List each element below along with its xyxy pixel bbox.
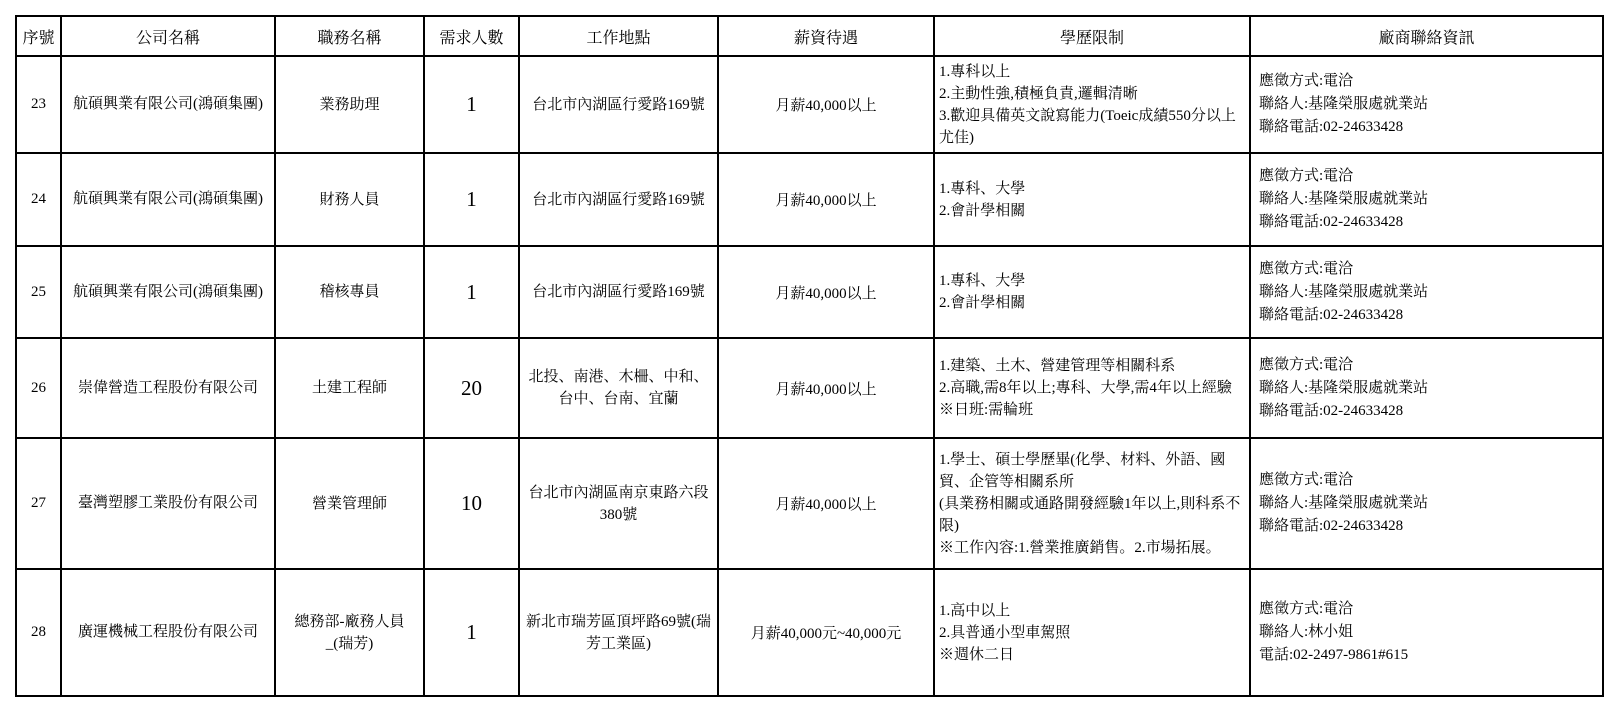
cell-job-title: 土建工程師 — [275, 338, 424, 438]
table-row: 25 航碩興業有限公司(鴻碩集團) 稽核專員 1 台北市內湖區行愛路169號 月… — [16, 246, 1603, 338]
text-line: 1.專科以上 — [939, 61, 1246, 83]
cell-company: 崇偉營造工程股份有限公司 — [61, 338, 275, 438]
text-line: 聯絡人:林小姐 — [1259, 621, 1598, 644]
cell-serial: 27 — [16, 438, 61, 569]
text-line: 1.學士、碩士學歷畢(化學、材料、外語、國貿、企管等相關系所 — [939, 449, 1246, 493]
table-row: 26 崇偉營造工程股份有限公司 土建工程師 20 北投、南港、木柵、中和、台中、… — [16, 338, 1603, 438]
text-line: 聯絡人:基隆榮服處就業站 — [1259, 93, 1598, 116]
cell-job-title: 營業管理師 — [275, 438, 424, 569]
cell-job-title: 業務助理 — [275, 56, 424, 153]
text-line: 1.高中以上 — [939, 600, 1246, 622]
table-row: 23 航碩興業有限公司(鴻碩集團) 業務助理 1 台北市內湖區行愛路169號 月… — [16, 56, 1603, 153]
column-header-location: 工作地點 — [519, 16, 718, 56]
text-line: 應徵方式:電洽 — [1259, 165, 1598, 188]
cell-education: 1.專科、大學 2.會計學相關 — [934, 153, 1250, 246]
text-line: 電話:02-2497-9861#615 — [1259, 644, 1598, 667]
cell-salary: 月薪40,000以上 — [718, 153, 934, 246]
cell-contact: 應徵方式:電洽 聯絡人:基隆榮服處就業站 聯絡電話:02-24633428 — [1250, 246, 1603, 338]
cell-serial: 28 — [16, 569, 61, 696]
text-line: 應徵方式:電洽 — [1259, 258, 1598, 281]
cell-serial: 23 — [16, 56, 61, 153]
cell-serial: 24 — [16, 153, 61, 246]
text-line: 應徵方式:電洽 — [1259, 598, 1598, 621]
column-header-headcount: 需求人數 — [424, 16, 519, 56]
text-line: 聯絡人:基隆榮服處就業站 — [1259, 188, 1598, 211]
text-line: 聯絡人:基隆榮服處就業站 — [1259, 377, 1598, 400]
cell-headcount: 1 — [424, 569, 519, 696]
cell-location: 北投、南港、木柵、中和、台中、台南、宜蘭 — [519, 338, 718, 438]
column-header-education: 學歷限制 — [934, 16, 1250, 56]
cell-serial: 26 — [16, 338, 61, 438]
cell-headcount: 1 — [424, 56, 519, 153]
text-line: 聯絡人:基隆榮服處就業站 — [1259, 281, 1598, 304]
cell-salary: 月薪40,000以上 — [718, 438, 934, 569]
cell-company: 廣運機械工程股份有限公司 — [61, 569, 275, 696]
text-line: ※週休二日 — [939, 644, 1246, 666]
document-page: 序號 公司名稱 職務名稱 需求人數 工作地點 薪資待遇 學歷限制 廠商聯絡資訊 … — [0, 0, 1612, 697]
cell-location: 台北市內湖區南京東路六段380號 — [519, 438, 718, 569]
header-row: 序號 公司名稱 職務名稱 需求人數 工作地點 薪資待遇 學歷限制 廠商聯絡資訊 — [16, 16, 1603, 56]
text-line: 聯絡電話:02-24633428 — [1259, 211, 1598, 234]
column-header-salary: 薪資待遇 — [718, 16, 934, 56]
cell-education: 1.專科、大學 2.會計學相關 — [934, 246, 1250, 338]
cell-education: 1.建築、土木、營建管理等相關科系 2.高職,需8年以上;專科、大學,需4年以上… — [934, 338, 1250, 438]
cell-company: 航碩興業有限公司(鴻碩集團) — [61, 56, 275, 153]
text-line: 2.會計學相關 — [939, 200, 1246, 222]
text-line: 應徵方式:電洽 — [1259, 469, 1598, 492]
cell-job-title: 稽核專員 — [275, 246, 424, 338]
cell-company: 航碩興業有限公司(鴻碩集團) — [61, 246, 275, 338]
text-line: 1.建築、土木、營建管理等相關科系 — [939, 355, 1246, 377]
cell-headcount: 20 — [424, 338, 519, 438]
cell-contact: 應徵方式:電洽 聯絡人:林小姐 電話:02-2497-9861#615 — [1250, 569, 1603, 696]
cell-headcount: 1 — [424, 246, 519, 338]
cell-salary: 月薪40,000元~40,000元 — [718, 569, 934, 696]
text-line: 2.會計學相關 — [939, 292, 1246, 314]
cell-location: 新北市瑞芳區頂坪路69號(瑞芳工業區) — [519, 569, 718, 696]
column-header-serial: 序號 — [16, 16, 61, 56]
text-line: 3.歡迎具備英文說寫能力(Toeic成績550分以上尤佳) — [939, 105, 1246, 149]
cell-salary: 月薪40,000以上 — [718, 246, 934, 338]
table-row: 24 航碩興業有限公司(鴻碩集團) 財務人員 1 台北市內湖區行愛路169號 月… — [16, 153, 1603, 246]
cell-company: 臺灣塑膠工業股份有限公司 — [61, 438, 275, 569]
cell-contact: 應徵方式:電洽 聯絡人:基隆榮服處就業站 聯絡電話:02-24633428 — [1250, 153, 1603, 246]
text-line: 應徵方式:電洽 — [1259, 354, 1598, 377]
text-line: 應徵方式:電洽 — [1259, 70, 1598, 93]
text-line: ※日班:需輪班 — [939, 399, 1246, 421]
cell-salary: 月薪40,000以上 — [718, 338, 934, 438]
cell-serial: 25 — [16, 246, 61, 338]
cell-contact: 應徵方式:電洽 聯絡人:基隆榮服處就業站 聯絡電話:02-24633428 — [1250, 438, 1603, 569]
cell-location: 台北市內湖區行愛路169號 — [519, 246, 718, 338]
cell-location: 台北市內湖區行愛路169號 — [519, 153, 718, 246]
text-line: 聯絡電話:02-24633428 — [1259, 400, 1598, 423]
text-line: 聯絡人:基隆榮服處就業站 — [1259, 492, 1598, 515]
cell-education: 1.學士、碩士學歷畢(化學、材料、外語、國貿、企管等相關系所 (具業務相關或通路… — [934, 438, 1250, 569]
text-line: 1.專科、大學 — [939, 178, 1246, 200]
cell-company: 航碩興業有限公司(鴻碩集團) — [61, 153, 275, 246]
text-line: 聯絡電話:02-24633428 — [1259, 116, 1598, 139]
text-line: 2.高職,需8年以上;專科、大學,需4年以上經驗 — [939, 377, 1246, 399]
cell-contact: 應徵方式:電洽 聯絡人:基隆榮服處就業站 聯絡電話:02-24633428 — [1250, 56, 1603, 153]
table-row: 27 臺灣塑膠工業股份有限公司 營業管理師 10 台北市內湖區南京東路六段380… — [16, 438, 1603, 569]
column-header-job-title: 職務名稱 — [275, 16, 424, 56]
column-header-contact: 廠商聯絡資訊 — [1250, 16, 1603, 56]
cell-location: 台北市內湖區行愛路169號 — [519, 56, 718, 153]
text-line: 2.主動性強,積極負責,邏輯清晰 — [939, 83, 1246, 105]
job-listings-table: 序號 公司名稱 職務名稱 需求人數 工作地點 薪資待遇 學歷限制 廠商聯絡資訊 … — [15, 15, 1604, 697]
text-line: ※工作內容:1.營業推廣銷售。2.市場拓展。 — [939, 537, 1246, 559]
cell-job-title: 總務部-廠務人員_(瑞芳) — [275, 569, 424, 696]
table-row: 28 廣運機械工程股份有限公司 總務部-廠務人員_(瑞芳) 1 新北市瑞芳區頂坪… — [16, 569, 1603, 696]
cell-salary: 月薪40,000以上 — [718, 56, 934, 153]
cell-job-title: 財務人員 — [275, 153, 424, 246]
cell-headcount: 10 — [424, 438, 519, 569]
text-line: (具業務相關或通路開發經驗1年以上,則科系不限) — [939, 493, 1246, 537]
cell-headcount: 1 — [424, 153, 519, 246]
text-line: 2.具普通小型車駕照 — [939, 622, 1246, 644]
column-header-company: 公司名稱 — [61, 16, 275, 56]
text-line: 1.專科、大學 — [939, 270, 1246, 292]
cell-contact: 應徵方式:電洽 聯絡人:基隆榮服處就業站 聯絡電話:02-24633428 — [1250, 338, 1603, 438]
text-line: 聯絡電話:02-24633428 — [1259, 515, 1598, 538]
cell-education: 1.專科以上 2.主動性強,積極負責,邏輯清晰 3.歡迎具備英文說寫能力(Toe… — [934, 56, 1250, 153]
cell-education: 1.高中以上 2.具普通小型車駕照 ※週休二日 — [934, 569, 1250, 696]
text-line: 聯絡電話:02-24633428 — [1259, 304, 1598, 327]
